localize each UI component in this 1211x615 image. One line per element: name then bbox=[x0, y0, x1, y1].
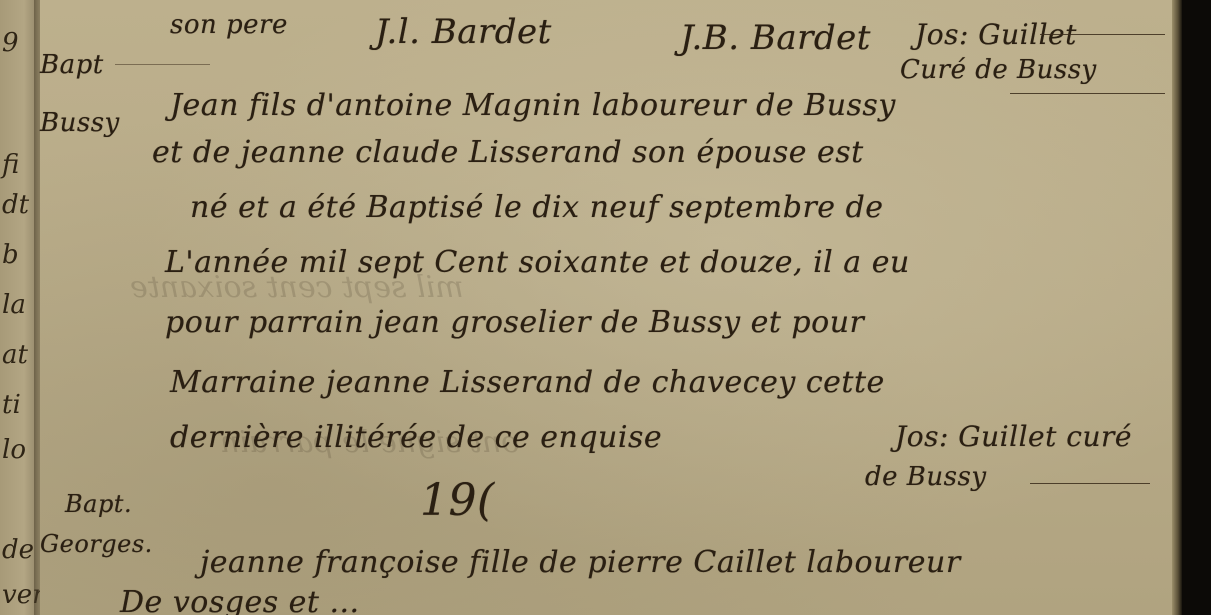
entry2-line-2: De vosges et ... bbox=[120, 585, 360, 615]
entry1-line-5: pour parrain jean groselier de Bussy et … bbox=[165, 305, 864, 340]
signature-jb-bardet: J.B. Bardet bbox=[680, 18, 871, 58]
scan-background bbox=[1182, 0, 1211, 615]
margin-note-place: Bussy bbox=[40, 108, 120, 138]
signature-prefix: son pere bbox=[170, 10, 288, 40]
entry1-line-4: L'année mil sept Cent soixante et douze,… bbox=[165, 245, 910, 280]
entry1-line-3: né et a été Baptisé le dix neuf septembr… bbox=[190, 190, 884, 225]
signature-rule bbox=[1040, 34, 1165, 35]
document-viewer: 9 fi dt b la at ti lo de ver mil sept ce… bbox=[0, 0, 1211, 615]
entry1-line-6: Marraine jeanne Lisserand de chavecey ce… bbox=[170, 365, 885, 400]
margin-note-bapt-2: Bapt. bbox=[65, 490, 132, 518]
entry1-signature-priest: Jos: Guillet curé bbox=[895, 420, 1132, 453]
left-fragment: ti bbox=[2, 390, 21, 420]
left-fragment: 9 bbox=[2, 28, 19, 58]
entry1-line-7: dernière illitérée de ce enquise bbox=[170, 420, 662, 455]
entry2-line-1: jeanne françoise fille de pierre Caillet… bbox=[200, 545, 961, 580]
entry1-signature-parish: de Bussy bbox=[865, 462, 987, 492]
margin-note-bapt: Bapt bbox=[40, 50, 104, 80]
left-fragment: b bbox=[2, 240, 19, 270]
entry1-line-2: et de jeanne claude Lisserand son épouse… bbox=[152, 135, 864, 170]
left-fragment: la bbox=[2, 290, 26, 320]
signature-jl-bardet: J.l. Bardet bbox=[375, 12, 552, 52]
entry2-number: 19( bbox=[420, 475, 495, 526]
entry1-line-1: Jean fils d'antoine Magnin laboureur de … bbox=[170, 88, 896, 123]
signature-priest-title: Curé de Bussy bbox=[900, 55, 1097, 85]
closing-rule bbox=[1030, 483, 1150, 484]
left-fragment: lo bbox=[2, 435, 26, 465]
signature-rule bbox=[1010, 93, 1165, 94]
page-edge bbox=[1172, 0, 1182, 615]
margin-note-name-2: Georges. bbox=[40, 530, 153, 558]
margin-rule bbox=[115, 64, 210, 65]
left-fragment: at bbox=[2, 340, 28, 370]
left-fragment: fi bbox=[2, 150, 19, 180]
register-page: mil sept cent soixante ont signe le parr… bbox=[40, 0, 1180, 615]
left-fragment: de bbox=[2, 535, 34, 565]
left-fragment: dt bbox=[2, 190, 29, 220]
